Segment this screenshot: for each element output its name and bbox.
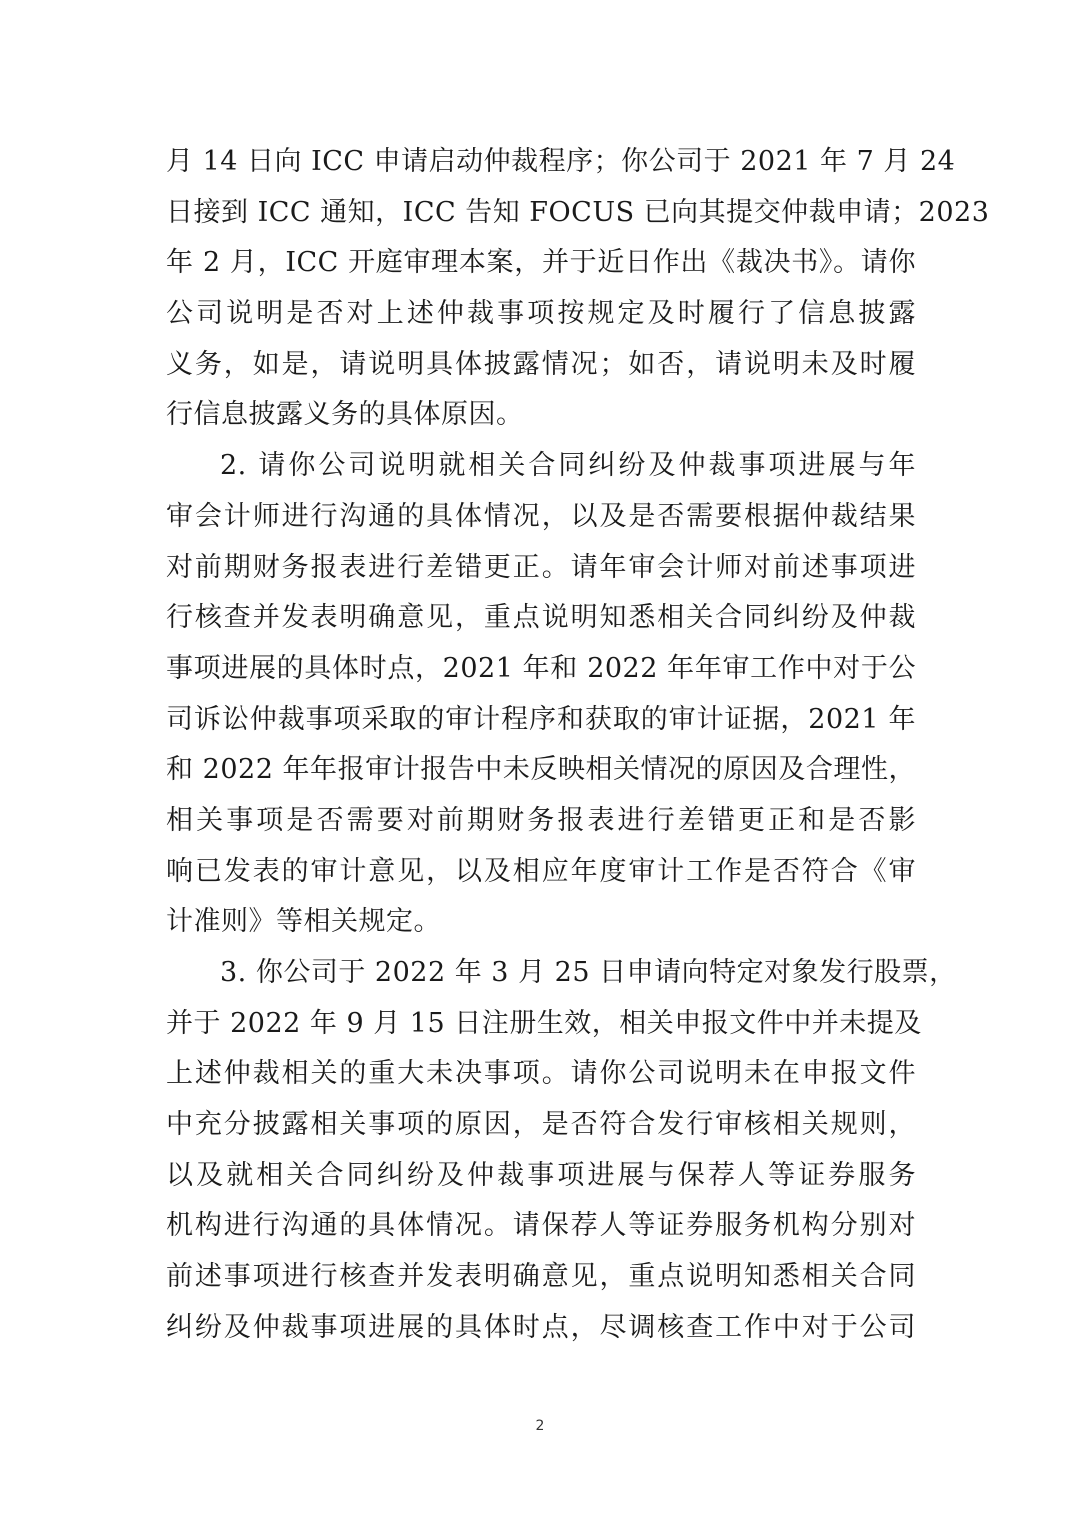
item-3-first-line: 3. 你公司于 2022 年 3 月 25 日申请向特定对象发行股票，	[166, 948, 916, 999]
text-line: 事项进展的具体时点，2021 年和 2022 年年审工作中对于公	[166, 644, 916, 695]
text-line: 以及就相关合同纠纷及仲裁事项进展与保荐人等证券服务	[166, 1151, 916, 1202]
text-line: 相关事项是否需要对前期财务报表进行差错更正和是否影	[166, 796, 916, 847]
text-line: 响已发表的审计意见，以及相应年度审计工作是否符合《审	[166, 847, 916, 898]
text-line: 月 14 日向 ICC 申请启动仲裁程序；你公司于 2021 年 7 月 24	[166, 137, 916, 188]
text-line: 对前期财务报表进行差错更正。请年审会计师对前述事项进	[166, 543, 916, 594]
text-line: 司诉讼仲裁事项采取的审计程序和获取的审计证据，2021 年	[166, 695, 916, 746]
text-line: 行信息披露义务的具体原因。	[166, 390, 916, 441]
text-line: 并于 2022 年 9 月 15 日注册生效，相关申报文件中并未提及	[166, 999, 916, 1050]
text-line: 计准则》等相关规定。	[166, 897, 916, 948]
text-line: 机构进行沟通的具体情况。请保荐人等证券服务机构分别对	[166, 1201, 916, 1252]
text-line: 中充分披露相关事项的原因，是否符合发行审核相关规则，	[166, 1100, 916, 1151]
item-2-first-line: 2. 请你公司说明就相关合同纠纷及仲裁事项进展与年	[166, 441, 916, 492]
text-line: 和 2022 年年报审计报告中未反映相关情况的原因及合理性，	[166, 745, 916, 796]
page-number: 2	[0, 1418, 1080, 1434]
text-line: 审会计师进行沟通的具体情况，以及是否需要根据仲裁结果	[166, 492, 916, 543]
text-line: 纠纷及仲裁事项进展的具体时点，尽调核查工作中对于公司	[166, 1303, 916, 1354]
body-text: 月 14 日向 ICC 申请启动仲裁程序；你公司于 2021 年 7 月 24 …	[166, 137, 916, 1354]
text-line: 日接到 ICC 通知，ICC 告知 FOCUS 已向其提交仲裁申请；2023	[166, 188, 916, 239]
document-page: 月 14 日向 ICC 申请启动仲裁程序；你公司于 2021 年 7 月 24 …	[0, 0, 1080, 1528]
text-line: 年 2 月，ICC 开庭审理本案，并于近日作出《裁决书》。请你	[166, 238, 916, 289]
text-line: 行核查并发表明确意见，重点说明知悉相关合同纠纷及仲裁	[166, 593, 916, 644]
text-line: 公司说明是否对上述仲裁事项按规定及时履行了信息披露	[166, 289, 916, 340]
text-line: 前述事项进行核查并发表明确意见，重点说明知悉相关合同	[166, 1252, 916, 1303]
text-line: 上述仲裁相关的重大未决事项。请你公司说明未在申报文件	[166, 1049, 916, 1100]
text-line: 义务，如是，请说明具体披露情况；如否，请说明未及时履	[166, 340, 916, 391]
